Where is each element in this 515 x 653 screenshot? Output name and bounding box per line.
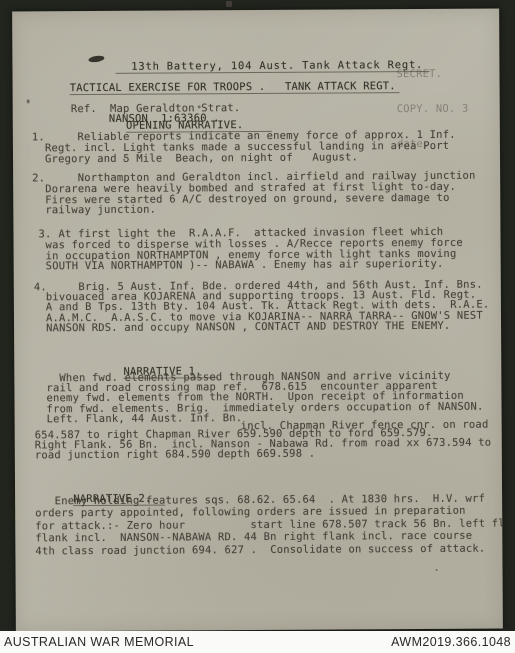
copy-number-line: COPY. NO. 3 bbox=[397, 104, 469, 116]
document-page: SECRET. COPY. NO. 3 date. 13th Battery, … bbox=[12, 9, 503, 632]
narrative-2-text: Enemy holding features sqs. 68.62. 65.64… bbox=[35, 492, 503, 557]
narrative-1-text: When fwd. elements passed through NANSON… bbox=[46, 371, 483, 425]
paragraph-4-text: Brig. 5 Aust. Inf. Bde. ordered 44th, an… bbox=[46, 280, 490, 334]
archive-scan-background: SECRET. COPY. NO. 3 date. 13th Battery, … bbox=[0, 0, 515, 653]
paper-speck bbox=[436, 569, 438, 571]
paragraph-2-number: 2. bbox=[32, 173, 45, 184]
paragraph-3-text: At first light the R.A.A.F. attacked inv… bbox=[45, 227, 463, 273]
paper-speck bbox=[198, 105, 201, 108]
footer-bar: AUSTRALIAN WAR MEMORIAL AWM2019.366.1048 bbox=[0, 631, 515, 653]
paragraph-1-number: 1. bbox=[32, 132, 45, 143]
paper-speck bbox=[27, 99, 30, 103]
institution-name: AUSTRALIAN WAR MEMORIAL bbox=[4, 635, 194, 649]
page-edge-mark bbox=[226, 1, 232, 7]
paper-speck bbox=[123, 159, 125, 161]
paragraph-2-text: Northampton and Geraldton incl. airfield… bbox=[45, 171, 476, 217]
catalogue-number: AWM2019.366.1048 bbox=[391, 635, 511, 649]
paragraph-1-text: Reliable reports indicate an enemy force… bbox=[45, 130, 456, 165]
narrative-1-boundaries: 654.587 to right Chapman River 659.590 d… bbox=[35, 428, 492, 461]
